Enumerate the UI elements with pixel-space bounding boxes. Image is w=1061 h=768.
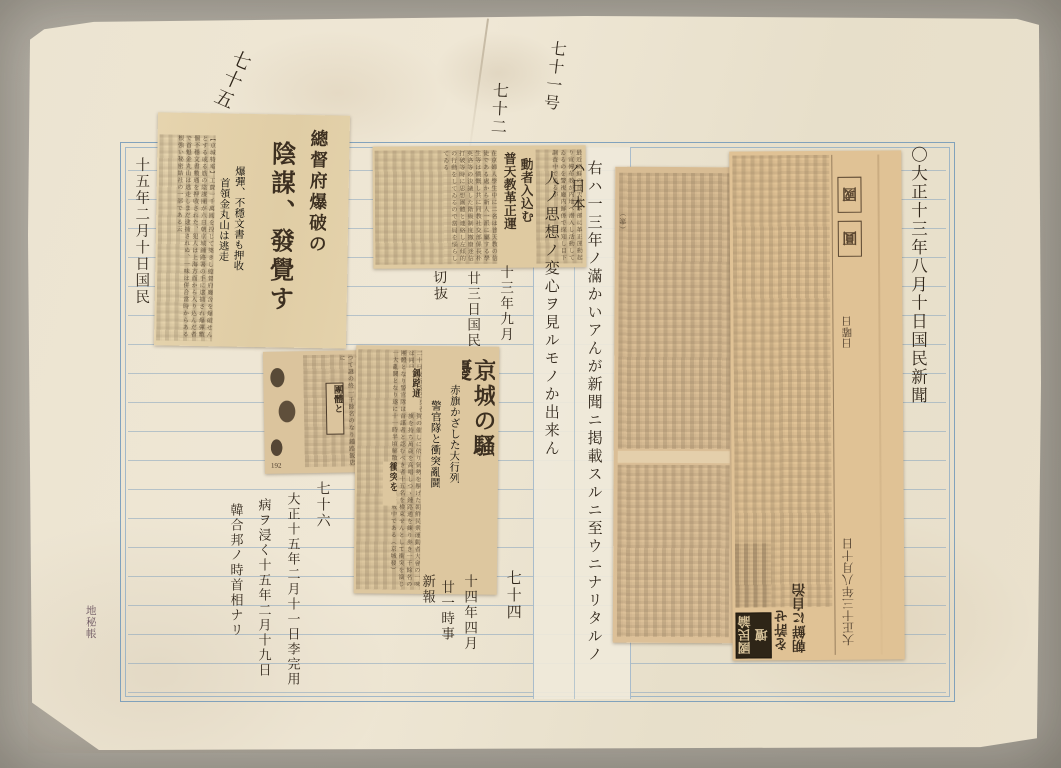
handwritten-lee-note-col1: 大正十五年二月十一日李完用 — [284, 492, 299, 700]
paragraph-gap — [618, 451, 730, 464]
clipping-sotokufu: 【京城特電】工費一千萬圓を投じて築きし總督府廳舍を爆破せんとする或る筋の陰謀團が… — [154, 112, 350, 348]
handwritten-jiji-date-col1: 十四年四月 — [461, 574, 476, 680]
handwritten-cut-label: 切抜 — [430, 270, 449, 343]
rondan-masthead: 國民論壇 — [735, 612, 771, 658]
column-rule — [831, 155, 835, 655]
ink-blobs — [265, 355, 301, 468]
handwritten-left-margin-date: 十五年二月十日国民 — [133, 157, 149, 345]
fragment-number: 192 — [271, 462, 282, 470]
handwritten-right-margin-date: 〇大正十三年八月十日国民新聞 — [908, 146, 926, 468]
handwritten-note-col1: 右ハ一三年ノ滿かいアんが新聞ニ掲載スルニ至ウニナリタルノハ日本 — [569, 160, 603, 672]
handwritten-futenkyo-date-col1: 十三年九月 — [497, 265, 512, 361]
keijo-subhead-2: 警官隊と衝突亂鬪 — [422, 400, 441, 588]
newsprint-texture — [617, 465, 730, 638]
handwritten-number-74: 七十四 — [505, 570, 522, 658]
futenkyo-headline-col2: 動者入込む — [517, 158, 534, 264]
fold-line — [877, 155, 882, 655]
keijo-inline-shototsu: 衝突を — [383, 462, 397, 506]
margin-glyph-2: 圓 — [838, 221, 862, 257]
futenkyo-body-left: 在京婦人學生中に二名は普天教の信徒である處から新人一派に屬する學生等は憤慨し共に… — [375, 150, 498, 265]
newsprint-texture — [735, 543, 771, 607]
keijo-headline: 京城の騷擾 — [461, 358, 495, 480]
clipping-reversed-article: （衆） — [613, 167, 735, 644]
sotokufu-body: 【京城特電】工費一千萬圓を投じて築きし總督府廳舍を爆破せんとする或る筋の陰謀團が… — [156, 134, 216, 341]
keijo-subhead-1: 赤旗かざした大行列 — [441, 384, 460, 578]
newsprint-texture — [618, 173, 731, 450]
handwritten-number-76: 七十六 — [314, 481, 330, 549]
sotokufu-headline-2: 陰謀、發覺す — [242, 140, 296, 343]
margin-glyph-1: 國 — [837, 177, 861, 213]
archive-stamp: 地秘帳 — [84, 605, 96, 653]
clipping-kokumin-rondan: 國 圓 日曜日 大正十三年八月十日 朝鮮に自治 を許せ 國民論壇 — [729, 150, 905, 660]
clipping-keijo: 二十日夜新築紀念祝賀の催しに依り氣勢を擧げた朝鮮民衆運動者大會の一味は同日午後八… — [354, 345, 500, 594]
handwritten-note-col2: 人ノ思想ノ変心ヲ見ルモノか出来ん — [543, 170, 560, 472]
keijo-inline-shoro: 鍾路通 — [406, 368, 420, 412]
newsprint-texture — [732, 155, 832, 608]
handwritten-jiji-date-col2: 廿一時事 — [438, 580, 453, 686]
handwritten-futenkyo-date-col2: 廿三日国民 — [464, 271, 479, 373]
scrapbook-page: 【京城特電】工費一千萬圓を投じて築きし總督府廳舍を爆破せんとする或る筋の陰謀團が… — [0, 0, 1061, 768]
reversed-fragment: （衆） — [619, 173, 633, 233]
clipping-fragment: 倒し萬歳を高唱しつゝ鍾路通を練りつて謎の終一千餘名のなり鍾路飯店に 團體と 19… — [263, 350, 367, 474]
sotokufu-headline-1: 總督府爆破の — [293, 129, 328, 316]
handwritten-lee-note-col2: 病ヲ浸く十五年二月十九日 — [255, 498, 270, 696]
margin-date: 大正十三年八月十日 — [841, 471, 860, 646]
rondan-headline-col1: 朝鮮に自治 — [792, 549, 813, 653]
futenkyo-headline-col1: 普天教革正運 — [500, 152, 517, 264]
rondan-headline-col2: を許せ — [774, 579, 793, 651]
margin-weekday: 日曜日 — [842, 295, 858, 349]
handwritten-jiji-date-col3: 新報 — [419, 574, 434, 636]
fragment-boxed-word: 團體と — [325, 382, 344, 434]
handwritten-lee-note-col3: 韓合邦ノ時首相ナリ — [227, 503, 242, 655]
